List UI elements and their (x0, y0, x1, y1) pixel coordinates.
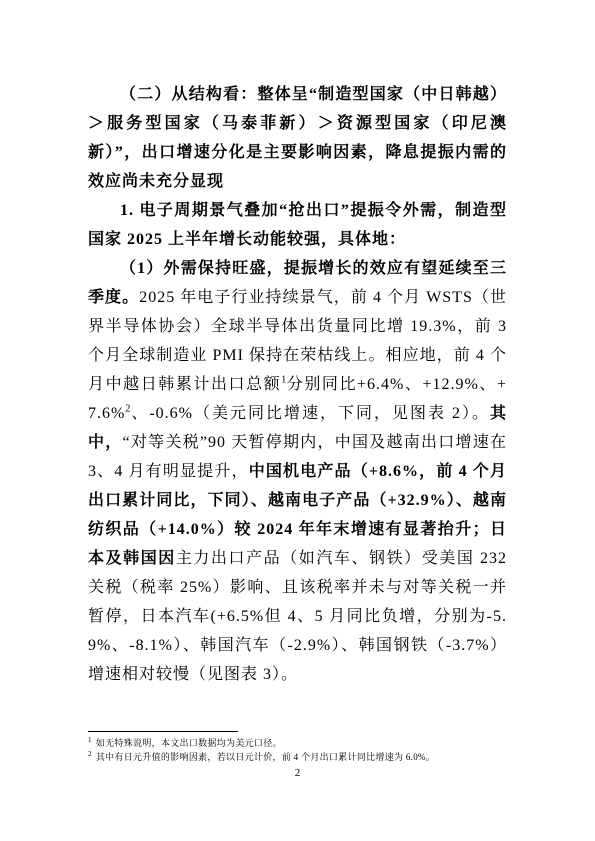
page-number: 2 (0, 767, 595, 779)
footnote-2-marker: 2 (88, 750, 92, 758)
footnote-divider (88, 731, 238, 732)
footnote-1: 1如无特殊说明，本文出口数据均为美元口径。 (88, 737, 507, 751)
footnote-2-text: 其中有日元升值的影响因素，若以日元计价，前 4 个月出口累计同比增速为 6.0%… (96, 752, 435, 762)
text-run: 主力出口产品（如汽车、钢铁）受美国 232 关税（税率 25%）影响、且该税率并… (88, 550, 507, 683)
section-heading: （二）从结构看：整体呈“制造型国家（中日韩越）＞服务型国家（马泰菲新）＞资源型国… (88, 80, 507, 196)
footnote-1-text: 如无特殊说明，本文出口数据均为美元口径。 (96, 738, 282, 748)
body-paragraph: （1）外需保持旺盛，提振增长的效应有望延续至三季度。2025 年电子行业持续景气… (88, 254, 507, 689)
text-run: （二）从结构看：整体呈“制造型国家（中日韩越）＞服务型国家（马泰菲新）＞资源型国… (88, 86, 507, 190)
document-body: （二）从结构看：整体呈“制造型国家（中日韩越）＞服务型国家（马泰菲新）＞资源型国… (88, 80, 507, 689)
footnote-2: 2其中有日元升值的影响因素，若以日元计价，前 4 个月出口累计同比增速为 6.0… (88, 751, 507, 765)
sub-heading: 1. 电子周期景气叠加“抢出口”提振令外需，制造型国家 2025 上半年增长动能… (88, 196, 507, 254)
footnote-1-marker: 1 (88, 736, 92, 744)
footnote-section: 1如无特殊说明，本文出口数据均为美元口径。 2其中有日元升值的影响因素，若以日元… (88, 731, 507, 764)
text-run: 、-0.6%（美元同比增速，下同，见图表 2）。 (130, 405, 490, 422)
text-run: 1. 电子周期景气叠加“抢出口”提振令外需，制造型国家 2025 上半年增长动能… (88, 202, 507, 248)
document-page: （二）从结构看：整体呈“制造型国家（中日韩越）＞服务型国家（马泰菲新）＞资源型国… (0, 0, 595, 841)
